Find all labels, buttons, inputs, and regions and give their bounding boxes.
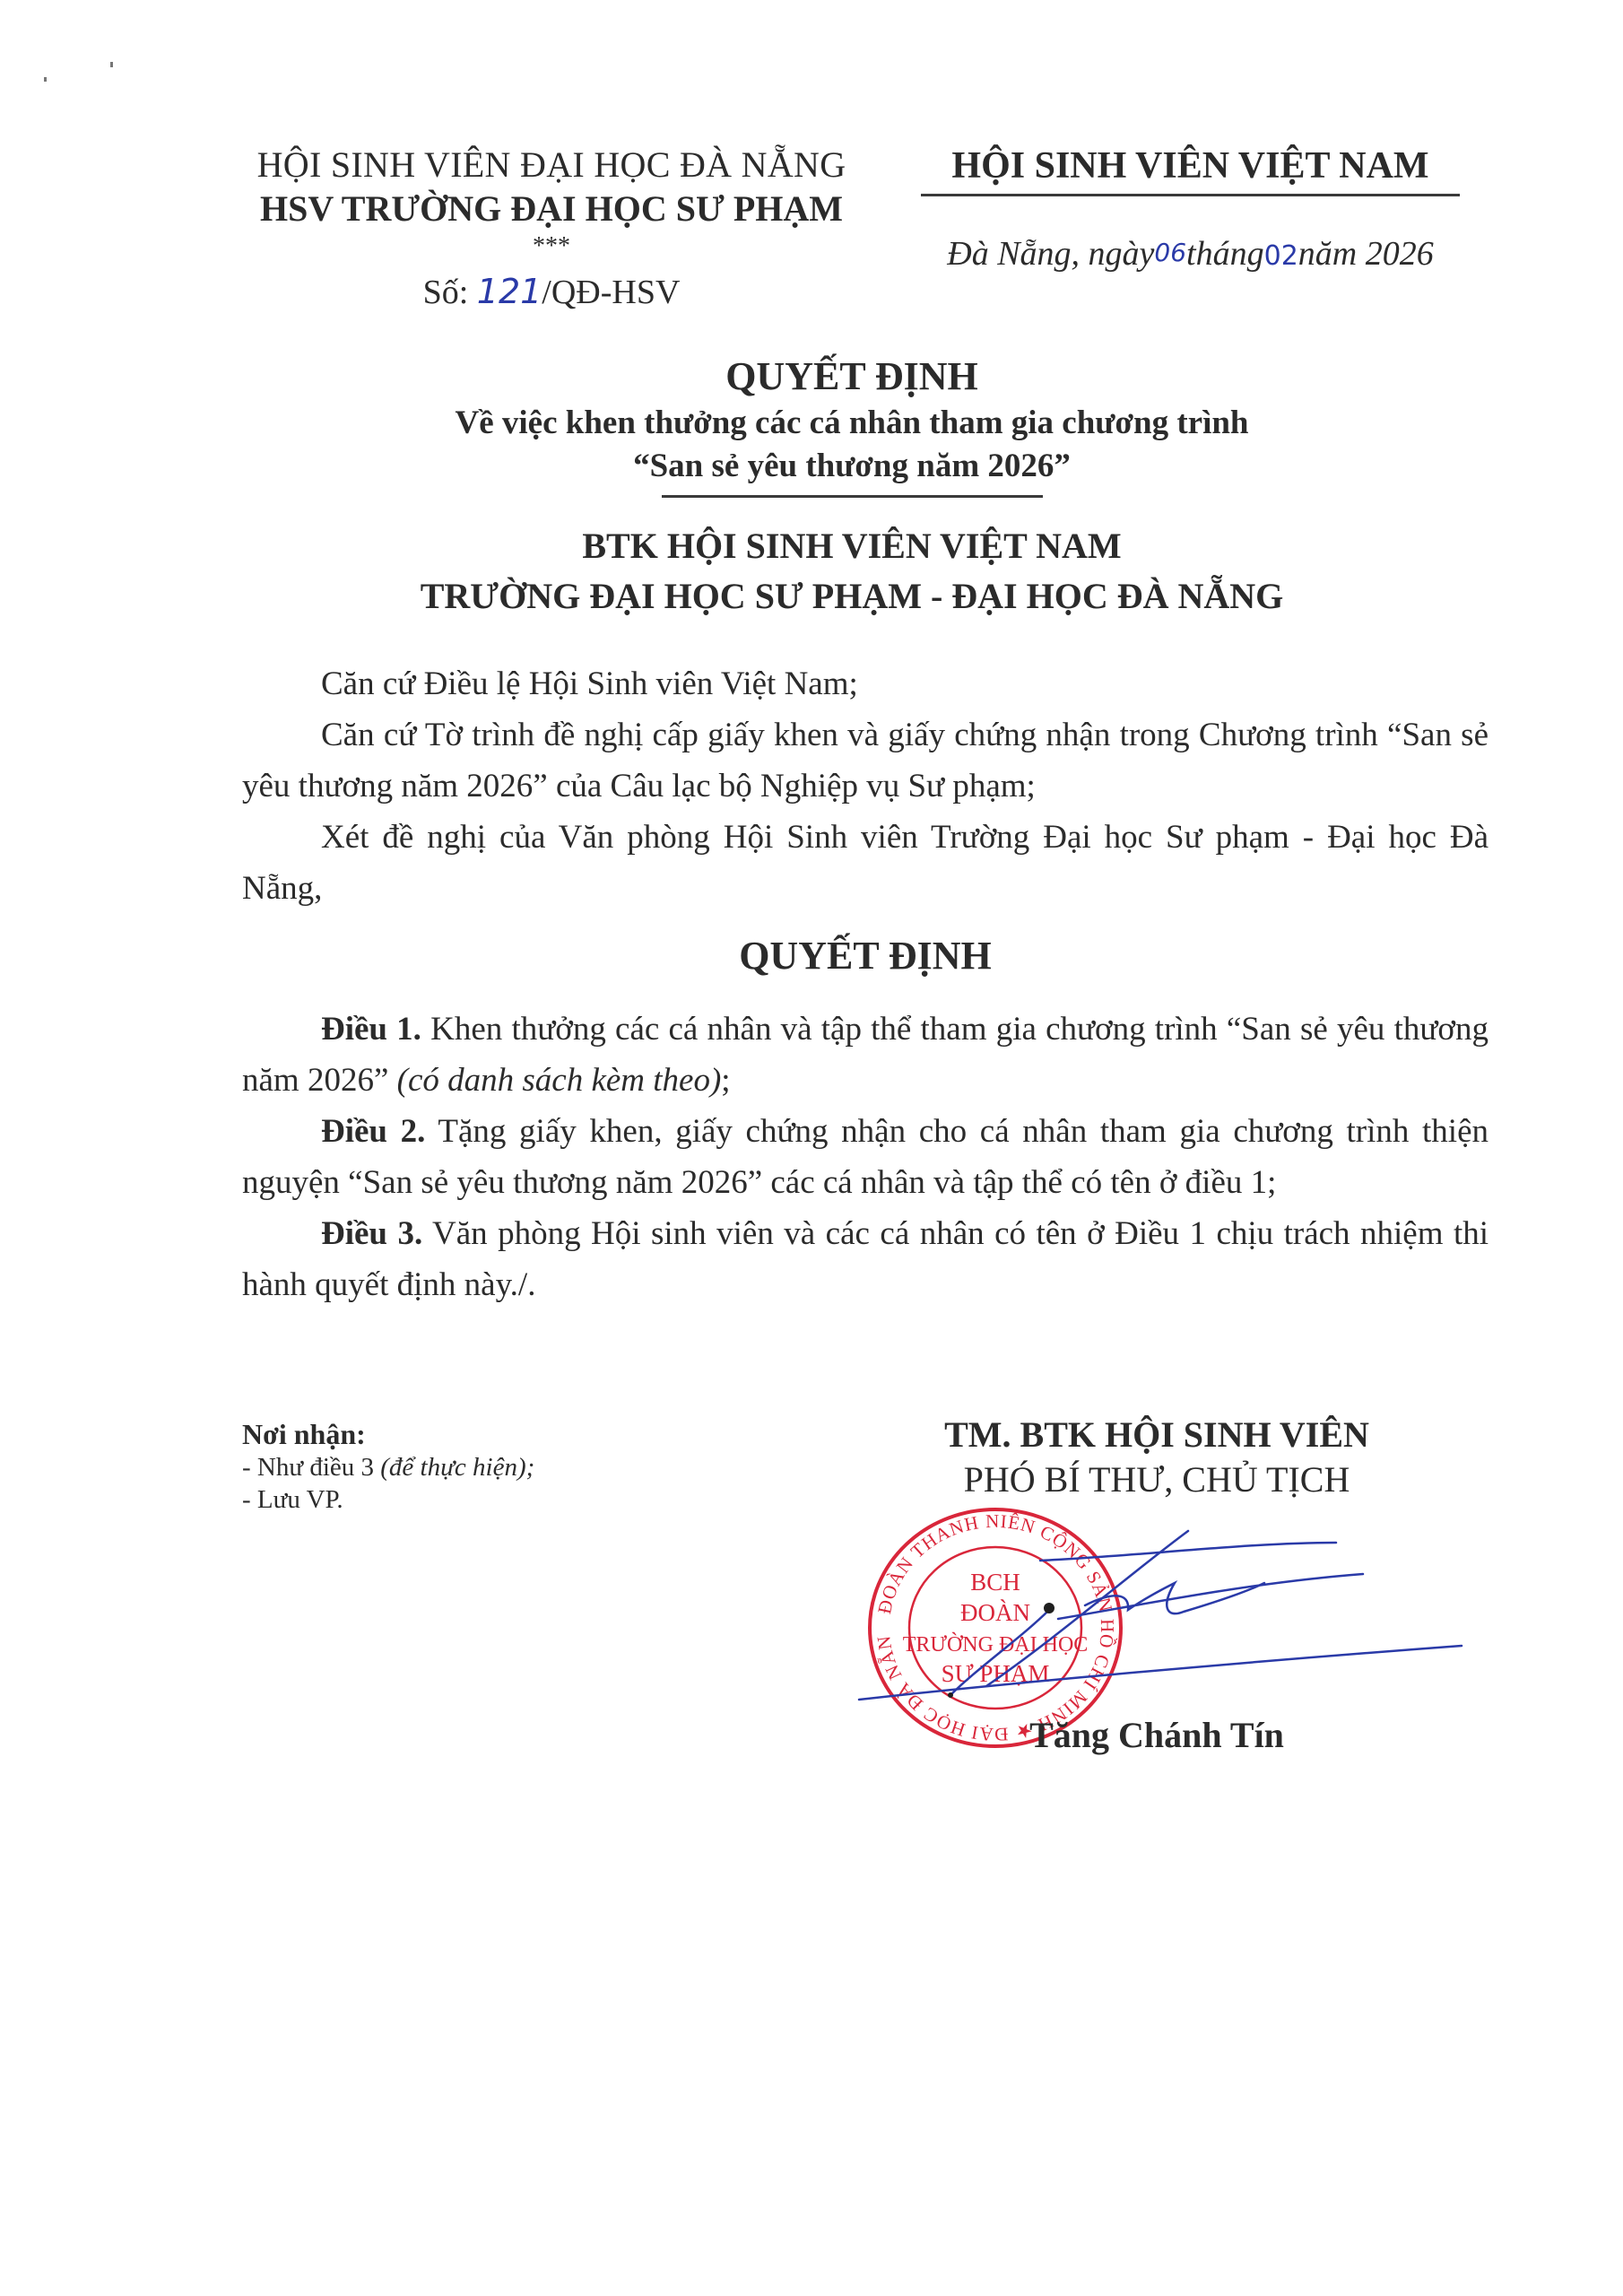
parent-organization: HỘI SINH VIÊN ĐẠI HỌC ĐÀ NẴNG [224,143,879,187]
header-right: HỘI SINH VIÊN VIỆT NAM Đà Nẵng, ngày06th… [901,142,1480,277]
document-body: Căn cứ Điều lệ Hội Sinh viên Việt Nam; C… [242,658,1488,1310]
national-organization: HỘI SINH VIÊN VIỆT NAM [901,142,1480,190]
article-text: Văn phòng Hội sinh viên và các cá nhân c… [242,1215,1488,1303]
recipient-item: - Lưu VP. [242,1483,690,1516]
issuing-organization: HSV TRƯỜNG ĐẠI HỌC SƯ PHẠM [224,187,879,231]
signer-authority: TM. BTK HỘI SINH VIÊN [843,1413,1471,1457]
title-block: QUYẾT ĐỊNH Về việc khen thưởng các cá nh… [269,352,1435,622]
article-note: (có danh sách kèm theo) [397,1062,722,1099]
recipient-text: - Như điều 3 [242,1453,380,1482]
header-underline [921,194,1460,196]
date-month-word: tháng [1186,235,1264,273]
header-left: HỘI SINH VIÊN ĐẠI HỌC ĐÀ NẴNG HSV TRƯỜNG… [224,143,879,318]
document-date: Đà Nẵng, ngày06tháng02năm 2026 [901,232,1480,277]
recipient-item: - Như điều 3 (để thực hiện); [242,1451,690,1483]
ornament: *** [224,231,879,262]
article-3: Điều 3. Văn phòng Hội sinh viên và các c… [242,1208,1488,1310]
issuer-line-2: TRƯỜNG ĐẠI HỌC SƯ PHẠM - ĐẠI HỌC ĐÀ NẴNG [269,571,1435,622]
subject-line-2: “San sẻ yêu thương năm 2026” [269,445,1435,488]
handwritten-day: 06 [1154,238,1186,267]
handwritten-number: 121 [477,272,542,311]
scan-mark [44,77,47,82]
article-2: Điều 2. Tặng giấy khen, giấy chứng nhận … [242,1106,1488,1208]
preamble-2: Căn cứ Tờ trình đề nghị cấp giấy khen và… [242,709,1488,812]
preamble-1: Căn cứ Điều lệ Hội Sinh viên Việt Nam; [242,658,1488,709]
signature-block: TM. BTK HỘI SINH VIÊN PHÓ BÍ THƯ, CHỦ TỊ… [843,1413,1471,1502]
document-number: Số: 121/QĐ-HSV [224,265,879,318]
article-label: Điều 1. [321,1011,421,1048]
date-prefix: Đà Nẵng, ngày [947,235,1154,273]
handwritten-signature-icon [843,1520,1471,1744]
date-suffix: năm 2026 [1298,235,1434,273]
article-1: Điều 1. Khen thưởng các cá nhân và tập t… [242,1004,1488,1106]
article-label: Điều 3. [321,1215,422,1252]
recipients-heading: Nơi nhận: [242,1417,690,1451]
article-text: Tặng giấy khen, giấy chứng nhận cho cá n… [242,1113,1488,1201]
signer-name: Tăng Chánh Tín [843,1713,1471,1758]
number-suffix: /QĐ-HSV [542,274,680,311]
decision-title: QUYẾT ĐỊNH [269,352,1435,402]
recipient-note: (để thực hiện); [380,1453,534,1482]
decision-heading: QUYẾT ĐỊNH [242,926,1488,986]
handwritten-month: 02 [1264,240,1298,272]
title-underline [662,495,1043,498]
issuer-line-1: BTK HỘI SINH VIÊN VIỆT NAM [269,521,1435,571]
number-prefix: Số: [423,274,477,311]
article-tail: ; [721,1062,730,1099]
article-label: Điều 2. [321,1113,425,1150]
preamble-3: Xét đề nghị của Văn phòng Hội Sinh viên … [242,812,1488,914]
signer-title: PHÓ BÍ THƯ, CHỦ TỊCH [843,1457,1471,1502]
scan-mark [110,62,113,67]
recipients: Nơi nhận: - Như điều 3 (để thực hiện); -… [242,1417,690,1516]
subject-line-1: Về việc khen thưởng các cá nhân tham gia… [269,402,1435,445]
